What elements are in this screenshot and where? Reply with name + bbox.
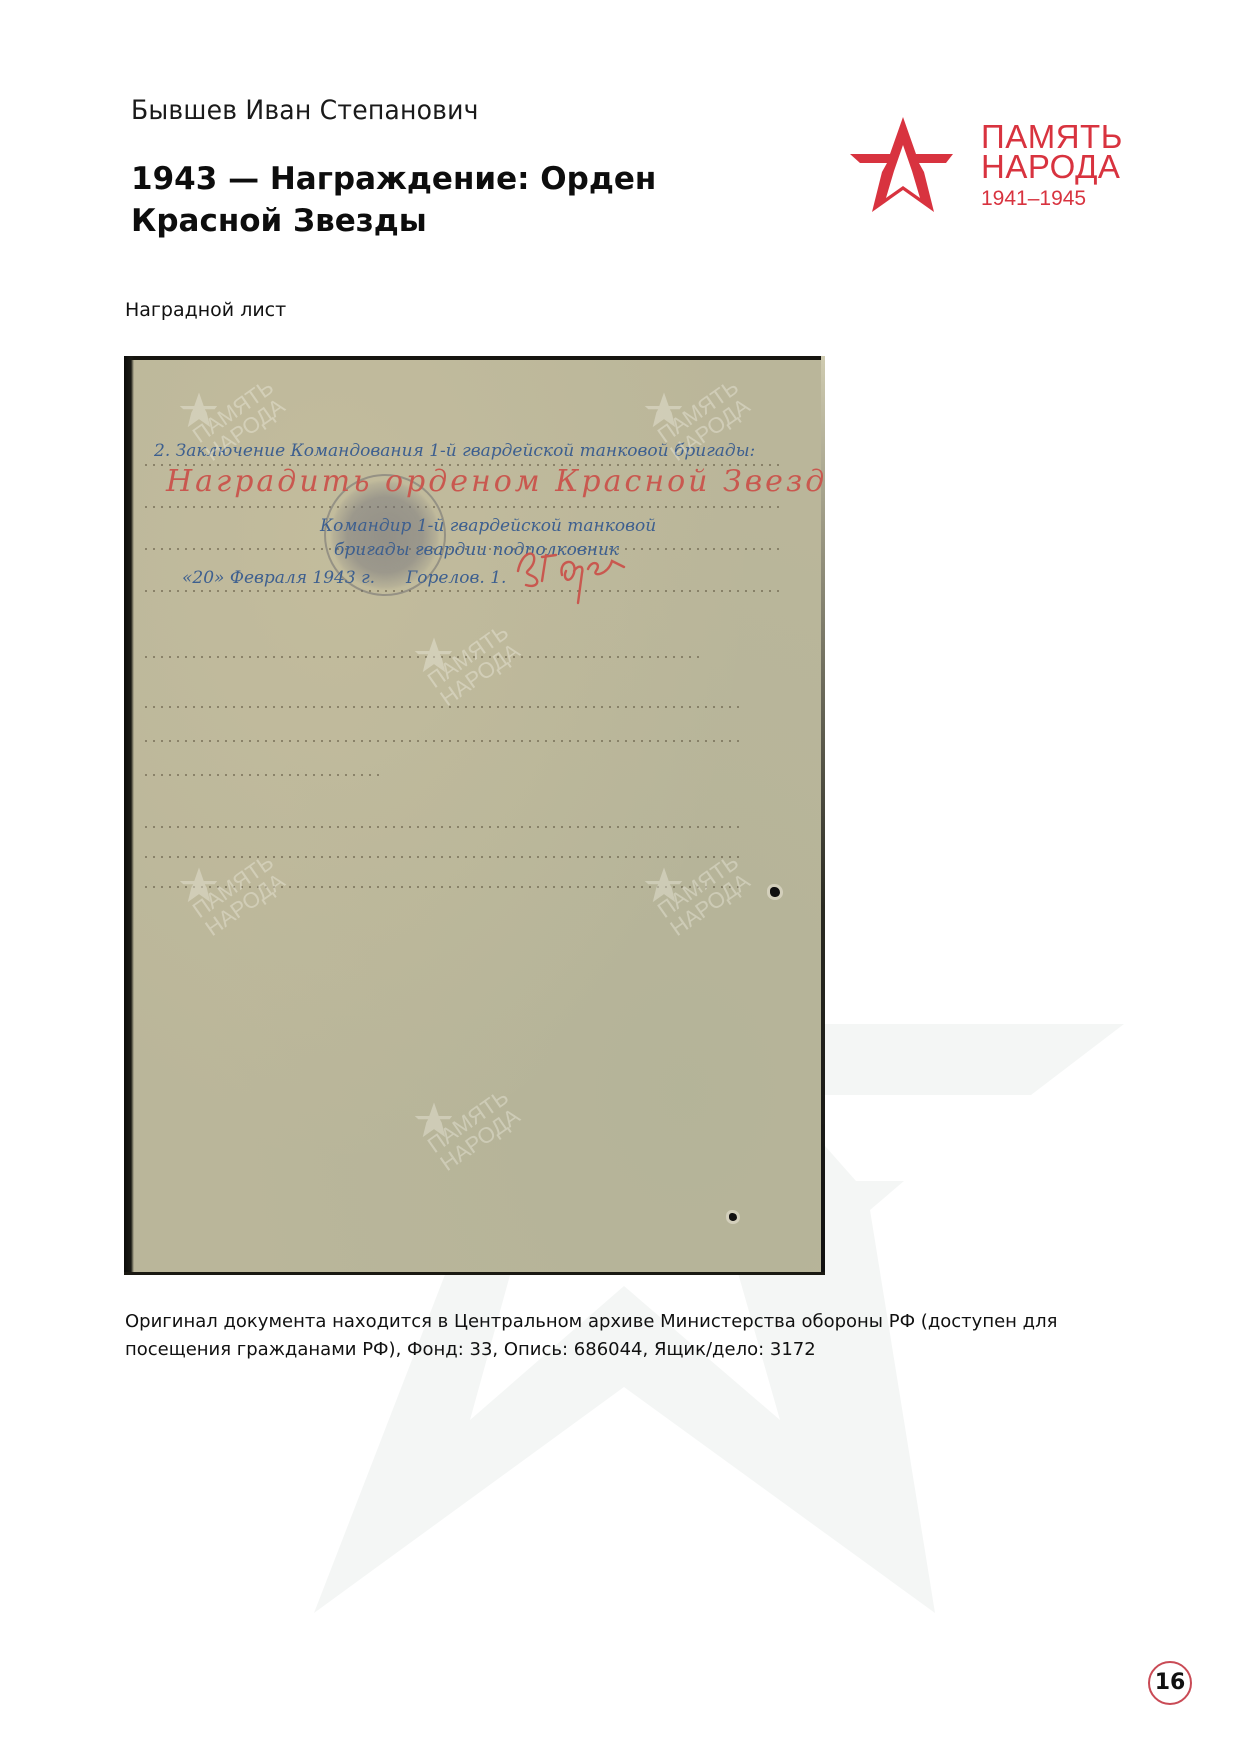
form-dotted-line bbox=[142, 856, 742, 858]
person-name: Бывшев Иван Степанович bbox=[131, 95, 479, 126]
punch-hole bbox=[729, 1213, 737, 1221]
form-dotted-line bbox=[142, 590, 782, 592]
handwriting-commander-name: Горелов. 1. bbox=[406, 568, 506, 588]
handwriting-line-3: Командир 1-й гвардейской танковой bbox=[320, 516, 656, 536]
red-signature bbox=[512, 541, 632, 611]
form-dotted-line bbox=[142, 774, 382, 776]
pamyat-naroda-logo: ПАМЯТЬ НАРОДА 1941–1945 bbox=[848, 114, 1118, 216]
scan-edge-top bbox=[124, 356, 825, 360]
logo-text-line2: НАРОДА bbox=[981, 152, 1123, 182]
scan-edge-left bbox=[124, 356, 134, 1275]
scan-edge-bottom bbox=[124, 1272, 825, 1275]
red-star-icon bbox=[848, 114, 958, 216]
punch-hole bbox=[770, 887, 780, 897]
logo-years: 1941–1945 bbox=[981, 184, 1123, 214]
site-watermark: ПАМЯТЬНАРОДА bbox=[644, 391, 774, 511]
site-watermark: ПАМЯТЬНАРОДА bbox=[179, 391, 309, 511]
site-watermark: ПАМЯТЬНАРОДА bbox=[179, 866, 309, 986]
page-number-badge: 16 bbox=[1148, 1661, 1192, 1705]
site-watermark: ПАМЯТЬНАРОДА bbox=[414, 1101, 544, 1221]
form-dotted-line bbox=[142, 826, 742, 828]
document-scan-image[interactable]: 2. Заключение Командования 1-й гвардейск… bbox=[124, 356, 825, 1275]
handwriting-date: «20» Февраля 1943 г. bbox=[182, 568, 375, 588]
site-watermark: ПАМЯТЬНАРОДА bbox=[414, 636, 544, 756]
document-label: Наградной лист bbox=[125, 299, 286, 321]
page-title: 1943 — Награждение: Орден Красной Звезды bbox=[131, 158, 751, 242]
archive-source-caption: Оригинал документа находится в Центральн… bbox=[125, 1308, 1115, 1364]
site-watermark: ПАМЯТЬНАРОДА bbox=[644, 866, 774, 986]
